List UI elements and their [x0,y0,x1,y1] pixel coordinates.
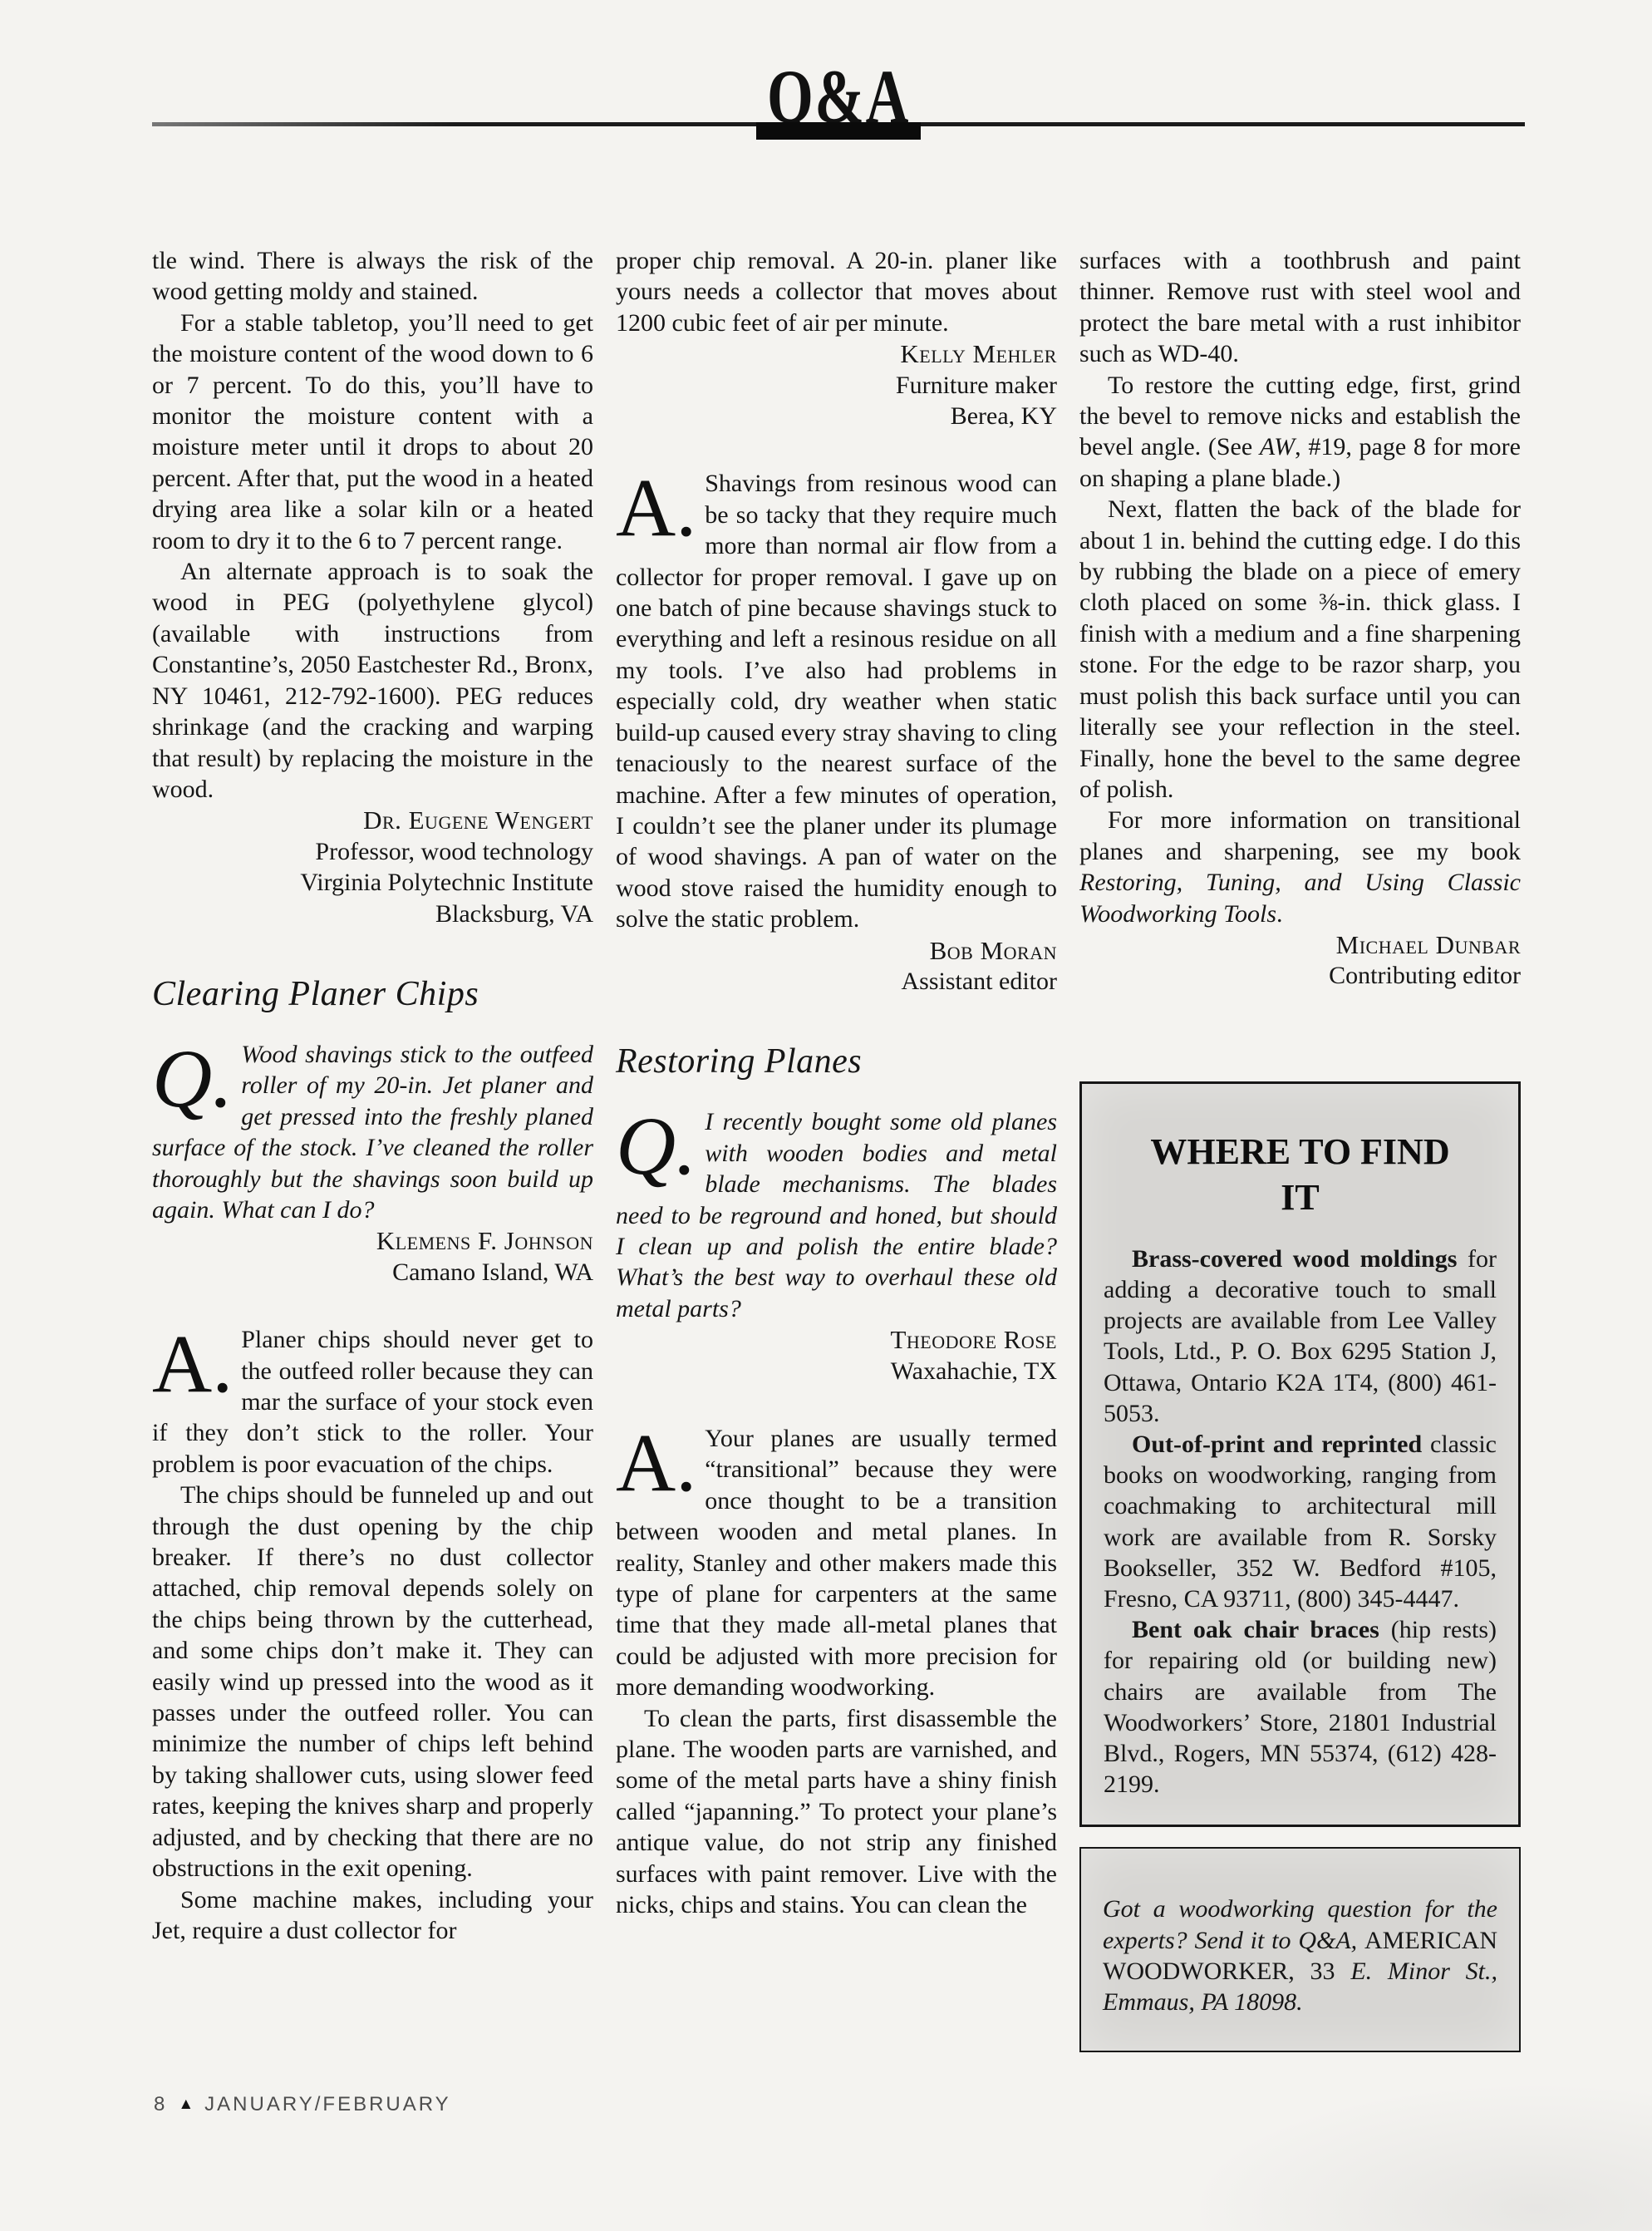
paragraph: Q.Wood shavings stick to the outfeed rol… [152,1039,593,1225]
signature-line: Assistant editor [616,966,1057,997]
box-paragraph: Got a woodworking question for the exper… [1103,1894,1497,2017]
page-header: Q&A [152,0,1525,249]
signature-line: Contributing editor [1079,960,1521,991]
dropcap-A: A. [616,1423,705,1495]
paragraph: To restore the cutting edge, first, grin… [1079,370,1521,495]
qa-q-block: Q.Wood shavings stick to the outfeed rol… [152,1039,593,1225]
column-2: proper chip removal. A 20-in. planer lik… [616,245,1057,2052]
box-paragraph: Out-of-print and reprinted classic books… [1104,1429,1497,1614]
paragraph: Some machine makes, including your Jet, … [152,1884,593,1947]
text-segment: Bent oak chair braces [1132,1616,1379,1643]
issue-label: JANUARY/FEBRUARY [204,2093,451,2116]
paragraph: For a stable tabletop, you’ll need to ge… [152,308,593,556]
triangle-icon: ▲ [178,2096,194,2114]
paragraph: An alternate approach is to soak the woo… [152,556,593,805]
section-heading: Restoring Planes [616,1042,1057,1081]
header-title-block [756,122,921,140]
page-footer: 8 ▲ JANUARY/FEBRUARY [154,2093,451,2116]
column-1: tle wind. There is always the risk of th… [152,245,593,2052]
signature-name: Klemens F. Johnson [152,1225,593,1256]
text-segment: Next, flatten the back of the blade for … [1079,495,1521,803]
signature-line: Waxahachie, TX [616,1356,1057,1386]
signature-name: Michael Dunbar [1079,929,1521,960]
signature-line: Furniture maker [616,370,1057,401]
paragraph: For more information on transitional pla… [1079,805,1521,929]
signature-name: Theodore Rose [616,1324,1057,1355]
question-box: Got a woodworking question for the exper… [1079,1847,1521,2052]
paragraph: proper chip removal. A 20-in. planer lik… [616,245,1057,338]
text-segment: An alternate approach is to soak the woo… [152,558,593,803]
signature-line: Professor, wood technology [152,836,593,867]
text-segment: . [1276,900,1283,928]
paragraph: tle wind. There is always the risk of th… [152,245,593,308]
box-paragraph: Brass-covered wood moldings for adding a… [1104,1244,1497,1429]
signature-line: Virginia Polytechnic Institute [152,867,593,898]
columns: tle wind. There is always the risk of th… [152,245,1525,2052]
paragraph: A.Planer chips should never get to the o… [152,1324,593,1480]
text-segment: For more information on transitional pla… [1079,806,1521,864]
text-segment: surfaces with a toothbrush and paint thi… [1079,247,1521,367]
signature-name: Dr. Eugene Wengert [152,805,593,835]
paragraph: surfaces with a toothbrush and paint thi… [1079,245,1521,370]
box-title: WHERE TO FIND IT [1130,1129,1471,1220]
signature: Theodore RoseWaxahachie, TX [616,1324,1057,1386]
scan-artifact [1187,2081,1652,2231]
paragraph: A.Your planes are usually termed “transi… [616,1423,1057,1703]
signature-line: Blacksburg, VA [152,899,593,929]
signature-line: Camano Island, WA [152,1257,593,1288]
qa-a-block: A.Shavings from resinous wood can be so … [616,468,1057,934]
text-segment: tle wind. There is always the risk of th… [152,247,593,305]
paragraph: Q.I recently bought some old planes with… [616,1106,1057,1324]
text-segment: proper chip removal. A 20-in. planer lik… [616,247,1057,337]
paragraph: The chips should be funneled up and out … [152,1480,593,1884]
signature-name: Bob Moran [616,935,1057,966]
text-segment: The chips should be funneled up and out … [152,1481,593,1882]
signature: Kelly MehlerFurniture makerBerea, KY [616,338,1057,431]
box-paragraph: Bent oak chair braces (hip rests) for re… [1104,1614,1497,1800]
text-segment: AW [1260,433,1295,460]
dropcap-A: A. [152,1324,241,1396]
qa-a-block: A.Planer chips should never get to the o… [152,1324,593,1946]
signature: Dr. Eugene WengertProfessor, wood techno… [152,805,593,929]
dropcap-Q: Q. [152,1039,241,1111]
section-heading: Clearing Planer Chips [152,974,593,1014]
paragraph: A.Shavings from resinous wood can be so … [616,468,1057,934]
signature-name: Kelly Mehler [616,338,1057,369]
signature: Michael DunbarContributing editor [1079,929,1521,992]
text-segment: Out-of-print and reprinted [1132,1431,1422,1458]
column-3: surfaces with a toothbrush and paint thi… [1079,245,1521,2052]
page-number: 8 [154,2093,167,2116]
paragraph: Next, flatten the back of the blade for … [1079,494,1521,805]
find-box: WHERE TO FIND ITBrass-covered wood moldi… [1079,1081,1521,1828]
dropcap-A: A. [616,468,705,539]
text-segment: To clean the parts, first disassemble th… [616,1705,1057,1918]
signature: Bob MoranAssistant editor [616,935,1057,997]
paragraph: To clean the parts, first disassemble th… [616,1703,1057,1921]
text-segment: Some machine makes, including your Jet, … [152,1886,593,1944]
qa-a-block: A.Your planes are usually termed “transi… [616,1423,1057,1921]
text-segment: Brass-covered wood moldings [1132,1245,1457,1273]
signature-line: Berea, KY [616,401,1057,431]
text-segment: Restoring, Tuning, and Using Classic Woo… [1079,869,1521,927]
dropcap-Q: Q. [616,1106,705,1178]
qa-q-block: Q.I recently bought some old planes with… [616,1106,1057,1324]
text-segment: For a stable tabletop, you’ll need to ge… [152,309,593,554]
signature: Klemens F. JohnsonCamano Island, WA [152,1225,593,1288]
